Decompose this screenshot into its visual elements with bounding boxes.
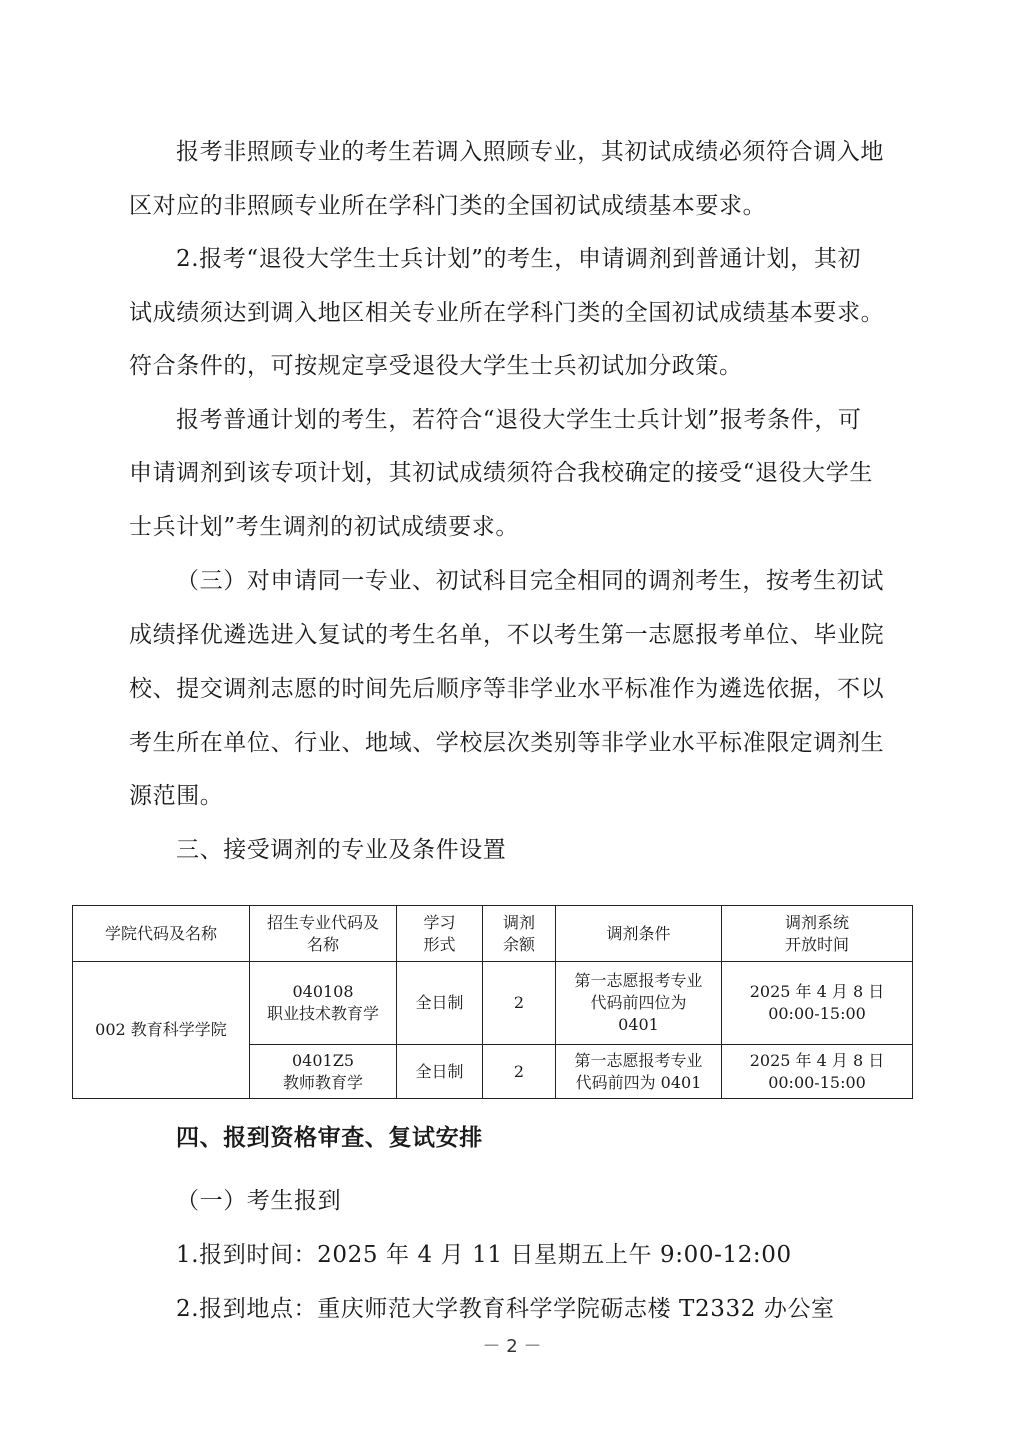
header-condition: 调剂条件 <box>556 906 722 962</box>
cell-major: 0401Z5 教师教育学 <box>250 1045 397 1099</box>
paragraph-line: 成绩择优遴选进入复试的考生名单，不以考生第一志愿报考单位、毕业院 <box>129 620 899 650</box>
header-major: 招生专业代码及 名称 <box>250 906 397 962</box>
cell-study-mode: 全日制 <box>397 1045 483 1099</box>
cell-open-time: 2025 年 4 月 8 日 00:00-15:00 <box>722 1045 913 1099</box>
paragraph-line: 报考非照顾专业的考生若调入照顾专业，其初试成绩必须符合调入地 <box>176 137 946 167</box>
cell-major: 040108 职业技术教育学 <box>250 962 397 1045</box>
paragraph-line: 1.报到时间：2025 年 4 月 11 日星期五上午 9:00-12:00 <box>176 1240 946 1270</box>
header-study-mode: 学习 形式 <box>397 906 483 962</box>
cell-condition: 第一志愿报考专业 代码前四位为 0401 <box>556 962 722 1045</box>
cell-condition: 第一志愿报考专业 代码前四为 0401 <box>556 1045 722 1099</box>
cell-quota: 2 <box>483 962 556 1045</box>
paragraph-line: 校、提交调剂志愿的时间先后顺序等非学业水平标准作为遴选依据，不以 <box>129 674 899 704</box>
paragraph-line: 士兵计划”考生调剂的初试成绩要求。 <box>129 512 899 542</box>
header-quota: 调剂 余额 <box>483 906 556 962</box>
subsection-heading: （一）考生报到 <box>176 1186 946 1216</box>
paragraph-line: 申请调剂到该专项计划，其初试成绩须符合我校确定的接受“退役大学生 <box>129 458 899 488</box>
section-heading: 三、接受调剂的专业及条件设置 <box>176 835 946 865</box>
paragraph-line: 符合条件的，可按规定享受退役大学生士兵初试加分政策。 <box>129 351 899 381</box>
cell-open-time: 2025 年 4 月 8 日 00:00-15:00 <box>722 962 913 1045</box>
table-header-row: 学院代码及名称 招生专业代码及 名称 学习 形式 调剂 余额 调剂条件 <box>73 906 913 962</box>
paragraph-line: 区对应的非照顾专业所在学科门类的全国初试成绩基本要求。 <box>129 191 899 221</box>
paragraph-line: 源范围。 <box>129 781 899 811</box>
paragraph-line: （三）对申请同一专业、初试科目完全相同的调剂考生，按考生初试 <box>176 566 946 596</box>
header-open-time: 调剂系统 开放时间 <box>722 906 913 962</box>
table-row: 002 教育科学学院 040108 职业技术教育学 全日制 2 第一志愿报考专业… <box>73 962 913 1045</box>
header-college: 学院代码及名称 <box>73 906 250 962</box>
paragraph-line: 考生所在单位、行业、地域、学校层次类别等非学业水平标准限定调剂生 <box>129 728 899 758</box>
document-page: 报考非照顾专业的考生若调入照顾专业，其初试成绩必须符合调入地 区对应的非照顾专业… <box>0 0 1024 1448</box>
cell-quota: 2 <box>483 1045 556 1099</box>
section-heading: 四、报到资格审查、复试安排 <box>176 1123 946 1153</box>
paragraph-line: 2.报到地点：重庆师范大学教育科学学院砺志楼 T2332 办公室 <box>176 1294 946 1324</box>
cell-college: 002 教育科学学院 <box>73 962 250 1099</box>
paragraph-line: 试成绩须达到调入地区相关专业所在学科门类的全国初试成绩基本要求。 <box>129 298 899 328</box>
paragraph-line: 2.报考“退役大学生士兵计划”的考生，申请调剂到普通计划，其初 <box>176 244 946 274</box>
cell-study-mode: 全日制 <box>397 962 483 1045</box>
paragraph-line: 报考普通计划的考生，若符合“退役大学生士兵计划”报考条件，可 <box>176 405 946 435</box>
transfer-majors-table: 学院代码及名称 招生专业代码及 名称 学习 形式 调剂 余额 调剂条件 <box>72 905 913 1099</box>
page-number: － 2 － <box>0 1332 1024 1358</box>
